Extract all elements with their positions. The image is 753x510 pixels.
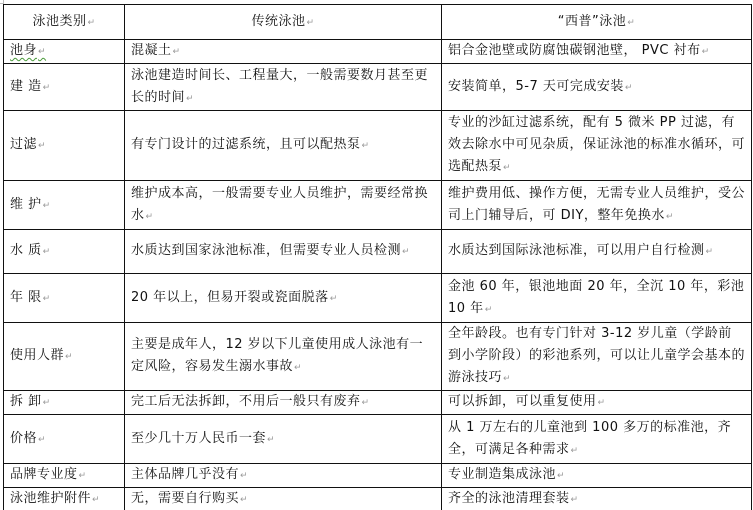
table-row: 拆 卸 完工后无法拆卸，不用后一般只有废弃 可以拆卸，可以重复使用 xyxy=(4,391,752,415)
header-traditional: 传统泳池 xyxy=(125,5,442,40)
traditional-text: 混凝土 xyxy=(131,43,181,58)
xipu-text: 齐全的泳池清理套装 xyxy=(448,491,579,506)
xipu-cell: 专业的沙缸过滤系统，配有 5 微米 PP 过滤，有效去除水中可见杂质，保证泳池的… xyxy=(442,111,752,181)
table-row: 品牌专业度 主体品牌几乎没有 专业制造集成泳池 xyxy=(4,464,752,488)
xipu-text: 水质达到国际泳池标准，可以用户自行检测 xyxy=(448,243,714,258)
traditional-text: 完工后无法拆卸，不用后一般只有废弃 xyxy=(131,394,370,409)
row-label: 价格 xyxy=(4,415,125,464)
table-row: 使用人群 主要是成年人，12 岁以下儿童使用成人泳池有一定风险，容易发生溺水事故… xyxy=(4,323,752,391)
row-label: 品牌专业度 xyxy=(4,464,125,488)
traditional-text: 主体品牌几乎没有 xyxy=(131,467,248,482)
traditional-cell: 水质达到国家泳池标准，但需要专业人员检测 xyxy=(125,230,442,274)
row-label: 水 质 xyxy=(4,230,125,274)
xipu-cell: 维护费用低、操作方便，无需专业人员维护，受公司上门辅导后，可 DIY，整年免换水 xyxy=(442,181,752,230)
traditional-text: 主要是成年人，12 岁以下儿童使用成人泳池有一定风险，容易发生溺水事故 xyxy=(131,337,423,374)
table-header-row: 泳池类别 传统泳池 “西普”泳池 xyxy=(4,5,752,40)
xipu-text: 可以拆卸，可以重复使用 xyxy=(448,394,606,409)
row-label-text: 使用人群 xyxy=(10,348,73,363)
traditional-text: 泳池建造时间长、工程量大，一般需要数月甚至更长的时间 xyxy=(131,68,428,105)
traditional-text: 无，需要自行购买 xyxy=(131,491,248,506)
table-row: 维 护 维护成本高，一般需要专业人员维护，需要经常换水 维护费用低、操作方便，无… xyxy=(4,181,752,230)
traditional-cell: 完工后无法拆卸，不用后一般只有废弃 xyxy=(125,391,442,415)
traditional-text: 水质达到国家泳池标准，但需要专业人员检测 xyxy=(131,243,410,258)
row-label-text: 水 质 xyxy=(10,243,51,258)
traditional-text: 有专门设计的过滤系统，且可以配热泵 xyxy=(131,137,370,152)
table-row: 建 造 泳池建造时间长、工程量大，一般需要数月甚至更长的时间 安装简单，5-7 … xyxy=(4,64,752,111)
traditional-cell: 20 年以上，但易开裂或瓷面脱落 xyxy=(125,274,442,323)
row-label: 维 护 xyxy=(4,181,125,230)
header-traditional-text: 传统泳池 xyxy=(251,14,314,29)
row-label-text: 品牌专业度 xyxy=(10,467,87,482)
row-label-text: 池身 xyxy=(10,43,46,58)
traditional-text: 20 年以上，但易开裂或瓷面脱落 xyxy=(131,290,338,305)
xipu-text: 专业制造集成泳池 xyxy=(448,467,565,482)
table-row: 过滤 有专门设计的过滤系统，且可以配热泵 专业的沙缸过滤系统，配有 5 微米 P… xyxy=(4,111,752,181)
traditional-cell: 至少几十万人民币一套 xyxy=(125,415,442,464)
row-label-text: 维 护 xyxy=(10,197,51,212)
row-label-text: 过滤 xyxy=(10,137,46,152)
xipu-text: 铝合金池壁或防腐蚀碳钢池壁， PVC 衬布 xyxy=(448,43,710,58)
traditional-text: 维护成本高，一般需要专业人员维护，需要经常换水 xyxy=(131,186,428,223)
header-category-text: 泳池类别 xyxy=(32,14,95,29)
xipu-cell: 全年龄段。也有专门针对 3-12 岁儿童（学龄前到小学阶段）的彩池系列，可以让儿… xyxy=(442,323,752,391)
row-label: 年 限 xyxy=(4,274,125,323)
xipu-text: 安装简单，5-7 天可完成安装 xyxy=(448,79,633,94)
table-row: 池身 混凝土 铝合金池壁或防腐蚀碳钢池壁， PVC 衬布 xyxy=(4,40,752,64)
row-label: 池身 xyxy=(4,40,125,64)
traditional-cell: 有专门设计的过滤系统，且可以配热泵 xyxy=(125,111,442,181)
header-category: 泳池类别 xyxy=(4,5,125,40)
table-row: 水 质 水质达到国家泳池标准，但需要专业人员检测 水质达到国际泳池标准，可以用户… xyxy=(4,230,752,274)
traditional-cell: 混凝土 xyxy=(125,40,442,64)
table-row: 泳池维护附件 无，需要自行购买 齐全的泳池清理套装 xyxy=(4,488,752,510)
row-label-text: 拆 卸 xyxy=(10,394,51,409)
pool-comparison-table: 泳池类别 传统泳池 “西普”泳池 池身 混凝土 铝合金池壁或防腐蚀碳钢池壁， P… xyxy=(3,4,752,510)
row-label: 建 造 xyxy=(4,64,125,111)
row-label-text: 年 限 xyxy=(10,290,51,305)
row-label: 使用人群 xyxy=(4,323,125,391)
traditional-text: 至少几十万人民币一套 xyxy=(131,431,275,446)
xipu-cell: 可以拆卸，可以重复使用 xyxy=(442,391,752,415)
xipu-cell: 从 1 万左右的儿童池到 100 多万的标准池，齐全，可满足各种需求 xyxy=(442,415,752,464)
row-label-text: 泳池维护附件 xyxy=(10,491,100,506)
header-xipu: “西普”泳池 xyxy=(442,5,752,40)
traditional-cell: 无，需要自行购买 xyxy=(125,488,442,510)
traditional-cell: 维护成本高，一般需要专业人员维护，需要经常换水 xyxy=(125,181,442,230)
xipu-cell: 铝合金池壁或防腐蚀碳钢池壁， PVC 衬布 xyxy=(442,40,752,64)
xipu-cell: 金池 60 年，银池地面 20 年，全沉 10 年，彩池 10 年 xyxy=(442,274,752,323)
traditional-cell: 泳池建造时间长、工程量大，一般需要数月甚至更长的时间 xyxy=(125,64,442,111)
table-row: 年 限 20 年以上，但易开裂或瓷面脱落 金池 60 年，银池地面 20 年，全… xyxy=(4,274,752,323)
table-row: 价格 至少几十万人民币一套 从 1 万左右的儿童池到 100 多万的标准池，齐全… xyxy=(4,415,752,464)
xipu-cell: 齐全的泳池清理套装 xyxy=(442,488,752,510)
xipu-cell: 水质达到国际泳池标准，可以用户自行检测 xyxy=(442,230,752,274)
xipu-text: 维护费用低、操作方便，无需专业人员维护，受公司上门辅导后，可 DIY，整年免换水 xyxy=(448,186,745,223)
row-label-text: 价格 xyxy=(10,431,46,446)
traditional-cell: 主要是成年人，12 岁以下儿童使用成人泳池有一定风险，容易发生溺水事故 xyxy=(125,323,442,391)
header-xipu-text: “西普”泳池 xyxy=(558,14,636,29)
row-label: 过滤 xyxy=(4,111,125,181)
row-label: 拆 卸 xyxy=(4,391,125,415)
row-label-text: 建 造 xyxy=(10,79,51,94)
xipu-text: 从 1 万左右的儿童池到 100 多万的标准池，齐全，可满足各种需求 xyxy=(448,420,731,457)
xipu-cell: 安装简单，5-7 天可完成安装 xyxy=(442,64,752,111)
xipu-text: 金池 60 年，银池地面 20 年，全沉 10 年，彩池 10 年 xyxy=(448,279,744,316)
xipu-text: 专业的沙缸过滤系统，配有 5 微米 PP 过滤，有效去除水中可见杂质，保证泳池的… xyxy=(448,115,745,174)
xipu-cell: 专业制造集成泳池 xyxy=(442,464,752,488)
traditional-cell: 主体品牌几乎没有 xyxy=(125,464,442,488)
row-label: 泳池维护附件 xyxy=(4,488,125,510)
xipu-text: 全年龄段。也有专门针对 3-12 岁儿童（学龄前到小学阶段）的彩池系列，可以让儿… xyxy=(448,326,745,385)
